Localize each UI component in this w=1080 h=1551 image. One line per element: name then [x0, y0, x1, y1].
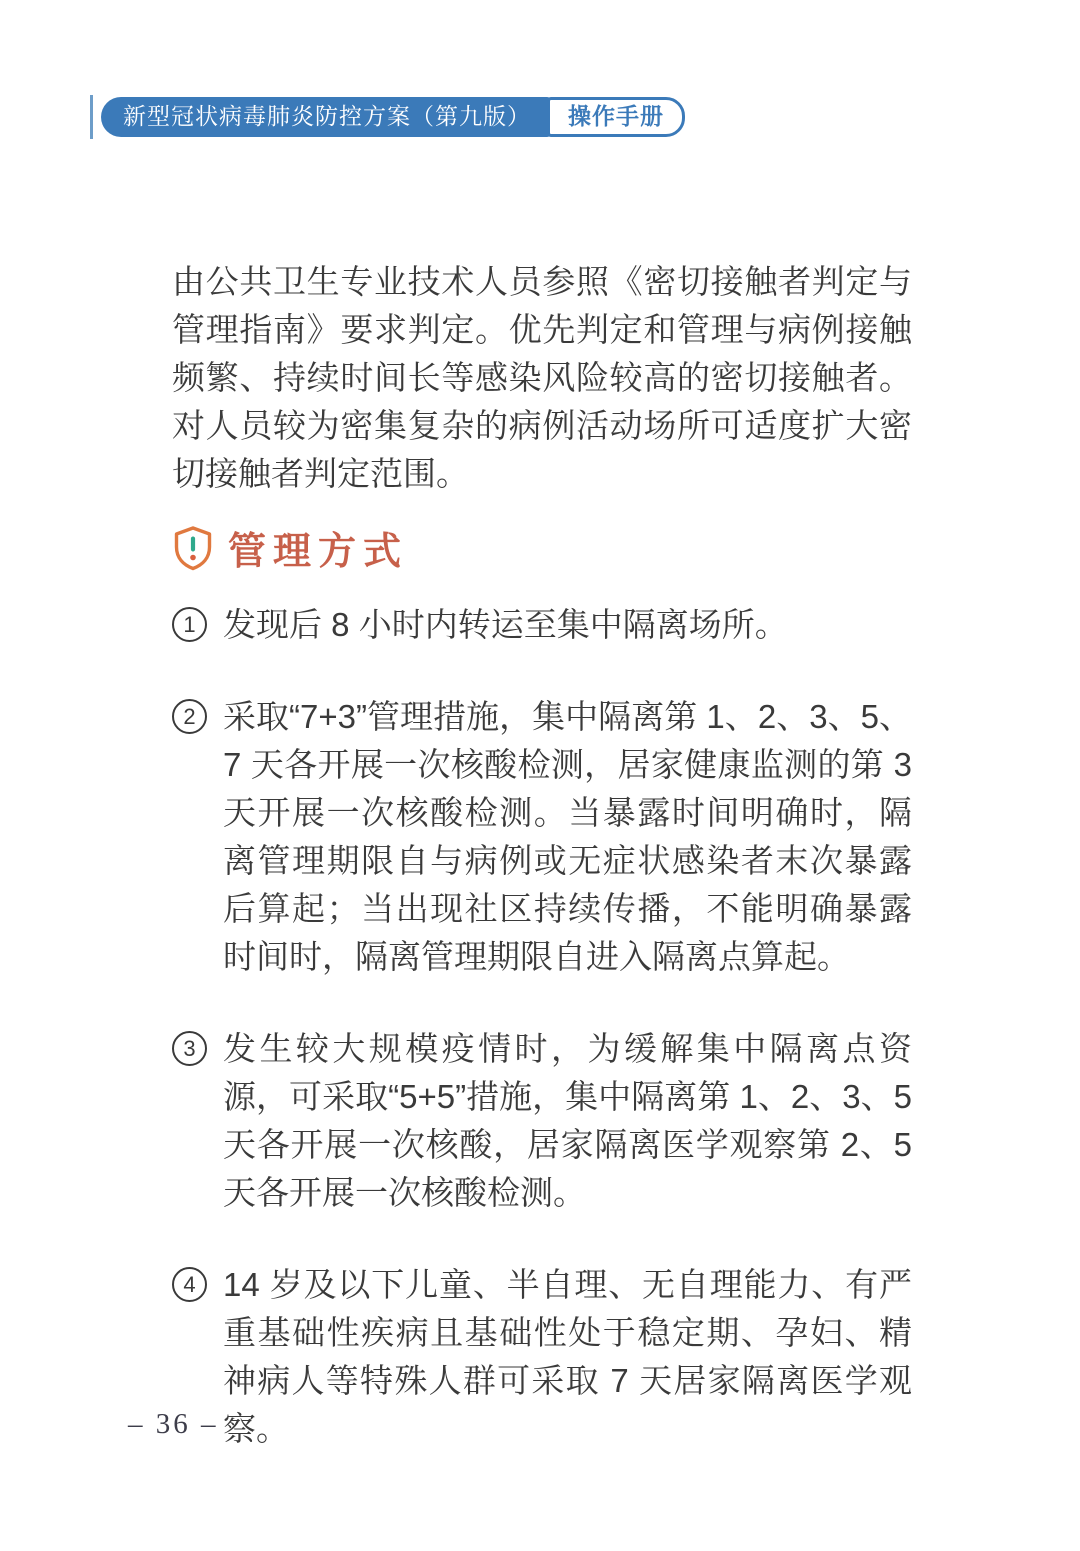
- list-item: 2 采取“7+3”管理措施，集中隔离第 1、2、3、5、7 天各开展一次核酸检测…: [172, 693, 912, 981]
- item-text: 采取“7+3”管理措施，集中隔离第 1、2、3、5、7 天各开展一次核酸检测，居…: [223, 693, 912, 981]
- item-text: 14 岁及以下儿童、半自理、无自理能力、有严重基础性疾病且基础性处于稳定期、孕妇…: [223, 1261, 912, 1453]
- list-item: 1 发现后 8 小时内转运至集中隔离场所。: [172, 601, 912, 649]
- list-item: 4 14 岁及以下儿童、半自理、无自理能力、有严重基础性疾病且基础性处于稳定期、…: [172, 1261, 912, 1453]
- document-title-badge: 新型冠状病毒肺炎防控方案（第九版）: [101, 97, 551, 137]
- numbered-list: 1 发现后 8 小时内转运至集中隔离场所。 2 采取“7+3”管理措施，集中隔离…: [172, 601, 912, 1453]
- document-page: 新型冠状病毒肺炎防控方案（第九版） 操作手册 由公共卫生专业技术人员参照《密切接…: [0, 0, 1080, 1551]
- page-header: 新型冠状病毒肺炎防控方案（第九版） 操作手册: [90, 95, 685, 139]
- page-footer: – 36 –: [128, 1408, 219, 1441]
- manual-type-pill: 操作手册: [547, 97, 685, 137]
- item-number: 2: [172, 699, 207, 734]
- item-text: 发现后 8 小时内转运至集中隔离场所。: [223, 601, 912, 649]
- shield-exclamation-icon: [172, 525, 214, 571]
- main-content: 由公共卫生专业技术人员参照《密切接触者判定与管理指南》要求判定。优先判定和管理与…: [172, 258, 912, 1453]
- item-number: 3: [172, 1031, 207, 1066]
- intro-paragraph: 由公共卫生专业技术人员参照《密切接触者判定与管理指南》要求判定。优先判定和管理与…: [172, 258, 912, 498]
- item-number: 4: [172, 1267, 207, 1302]
- page-number: – 36 –: [128, 1408, 219, 1441]
- header-accent-line: [90, 95, 93, 139]
- item-number: 1: [172, 607, 207, 642]
- list-item: 3 发生较大规模疫情时，为缓解集中隔离点资源，可采取“5+5”措施，集中隔离第 …: [172, 1025, 912, 1217]
- item-text: 发生较大规模疫情时，为缓解集中隔离点资源，可采取“5+5”措施，集中隔离第 1、…: [223, 1025, 912, 1217]
- section-title: 管理方式: [228, 520, 408, 575]
- section-header: 管理方式: [172, 520, 912, 575]
